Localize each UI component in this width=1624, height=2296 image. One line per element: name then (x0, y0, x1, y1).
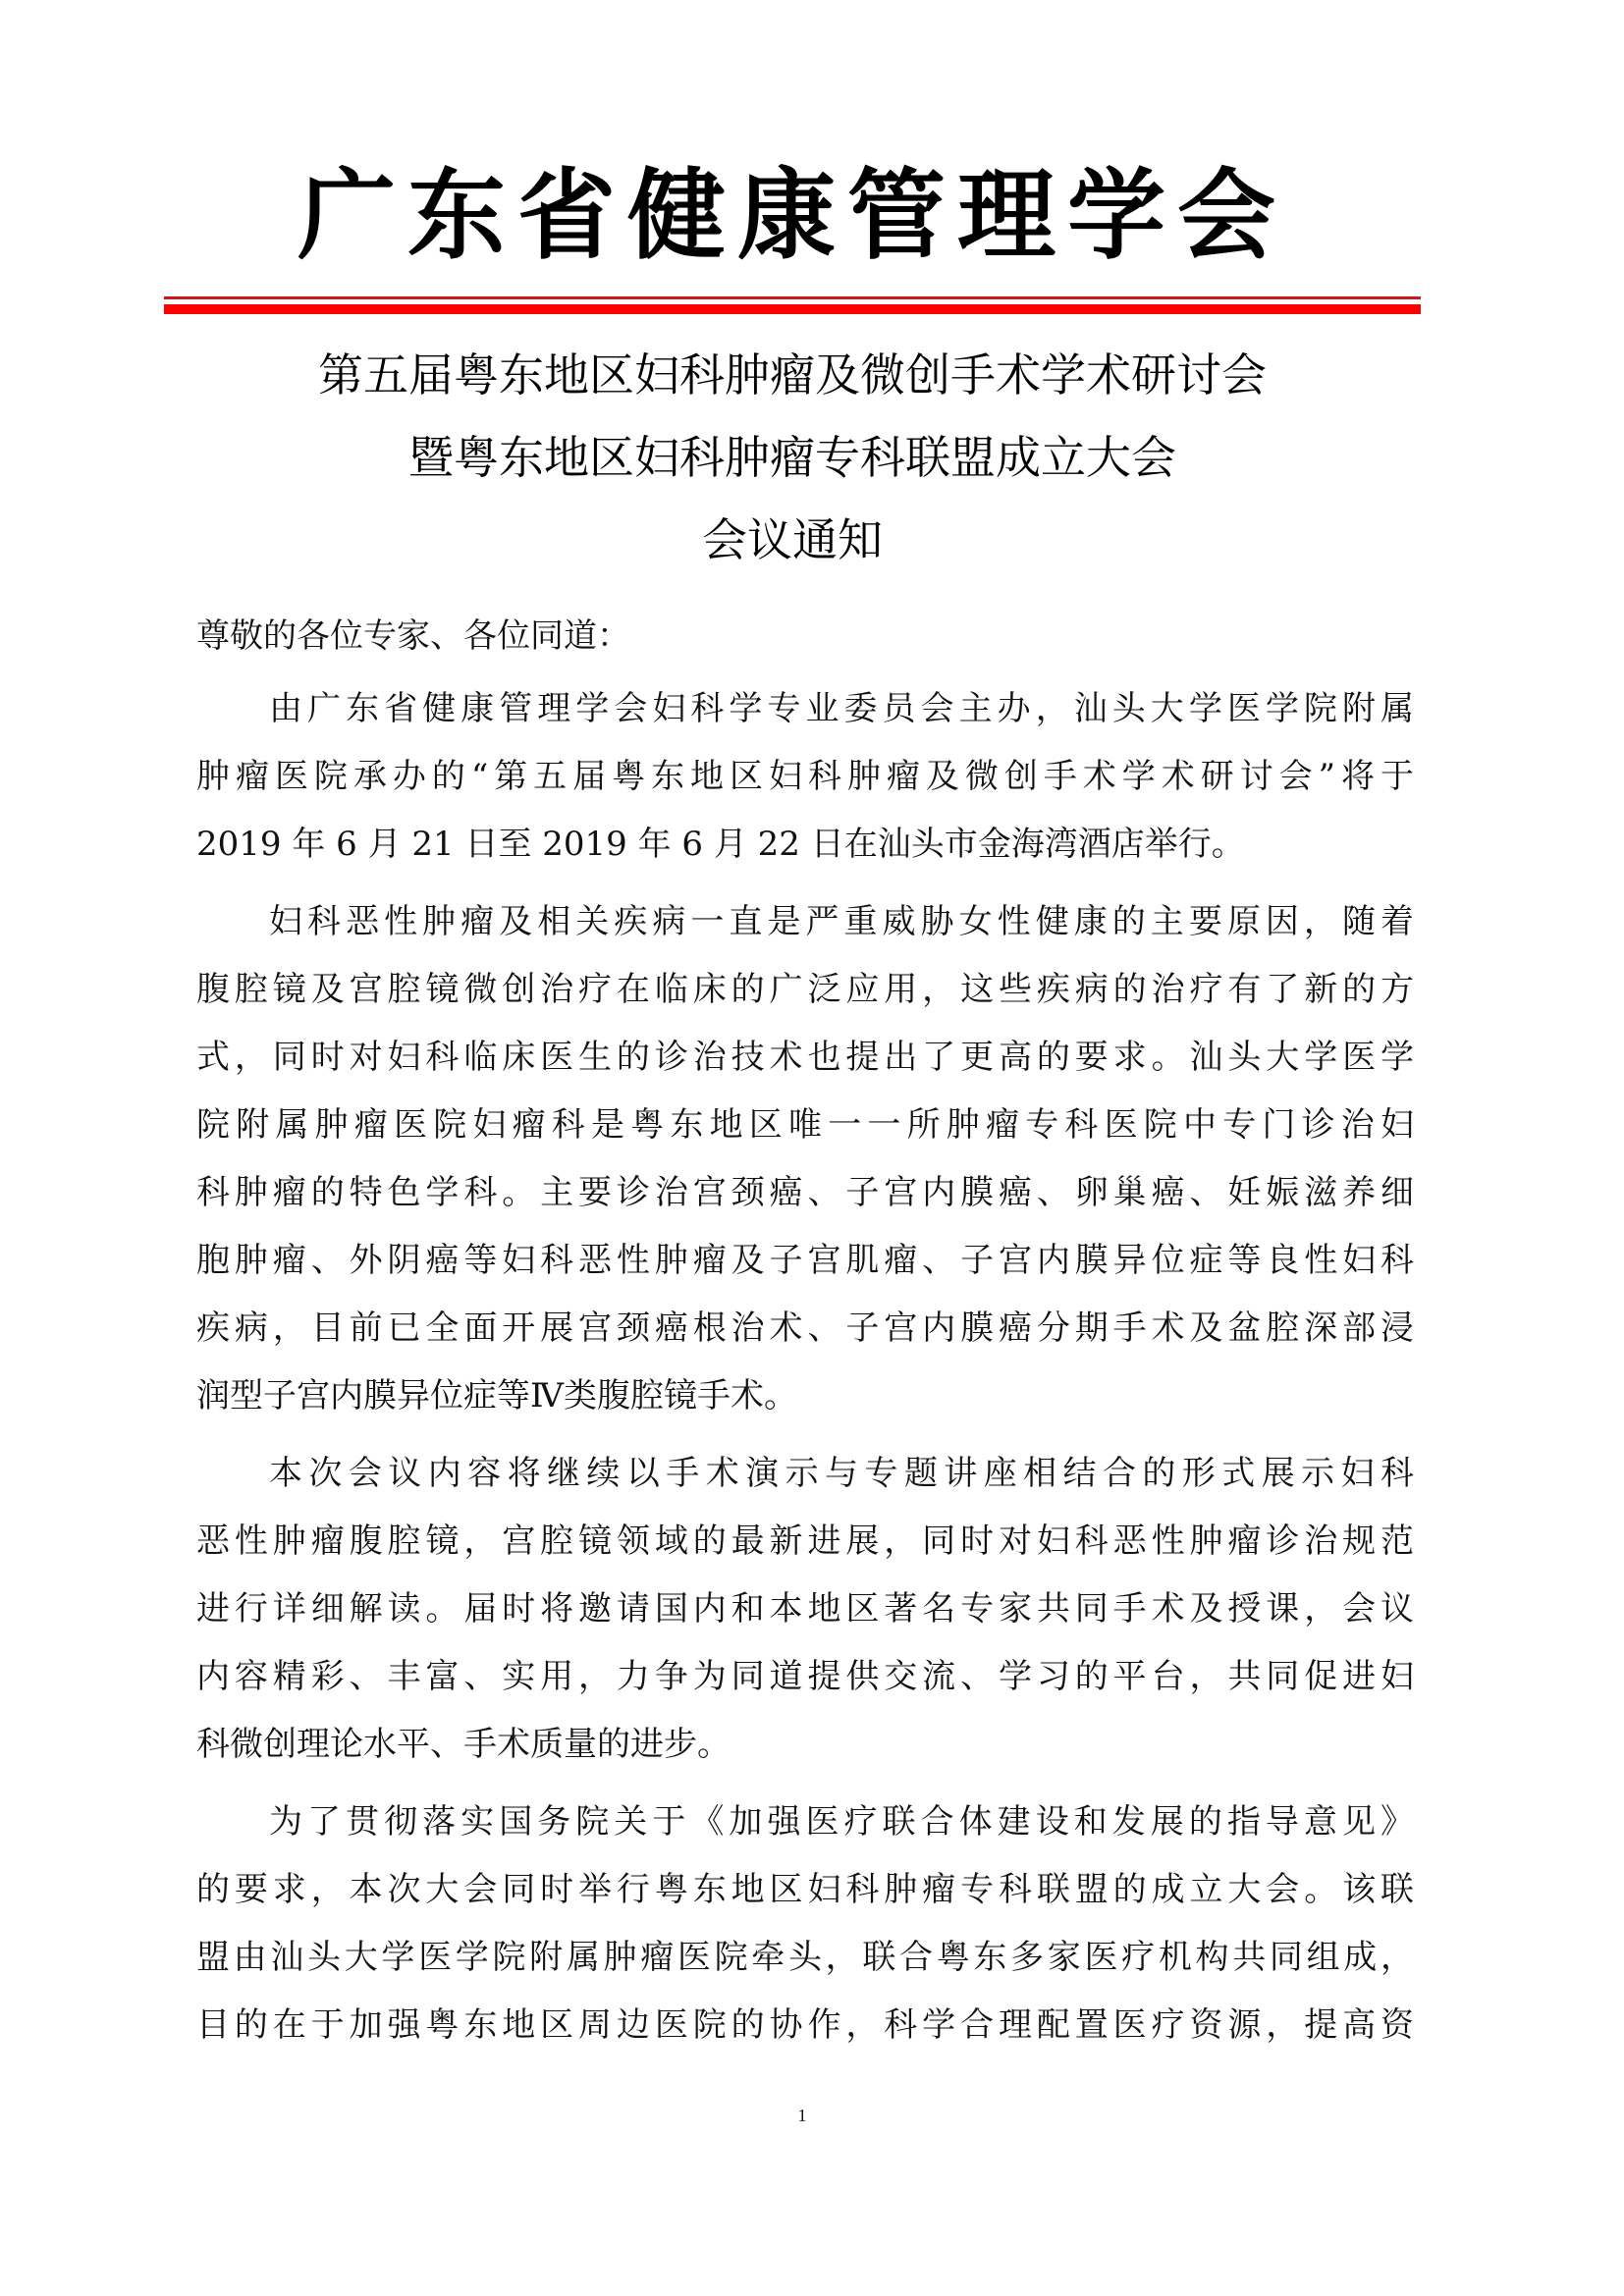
document-body: 尊敬的各位专家、各位同道： 由广东省健康管理学会妇科学专业委员会主办，汕头大学医… (196, 601, 1414, 2069)
paragraph-line: 内容精彩、丰富、实用，力争为同道提供交流、学习的平台，共同促进妇 (196, 1643, 1414, 1711)
paragraph-line: 式，同时对妇科临床医生的诊治技术也提出了更高的要求。汕头大学医学 (196, 1024, 1414, 1092)
paragraph-line: 疾病，目前已全面开展宫颈癌根治术、子宫内膜癌分期手术及盆腔深部浸 (196, 1295, 1414, 1362)
paragraph-line: 妇科恶性肿瘤及相关疾病一直是严重威胁女性健康的主要原因，随着 (196, 888, 1414, 956)
page-number: 1 (783, 2101, 822, 2130)
paragraph-line: 目的在于加强粤东地区周边医院的协作，科学合理配置医疗资源，提高资 (196, 1992, 1414, 2059)
organization-letterhead: 广东省健康管理学会 (164, 157, 1421, 275)
paragraph-line: 恶性肿瘤腹腔镜，宫腔镜领域的最新进展，同时对妇科恶性肿瘤诊治规范 (196, 1508, 1414, 1575)
paragraph-line: 肿瘤医院承办的“第五届粤东地区妇科肿瘤及微创手术学术研讨会”将于 (196, 743, 1414, 811)
salutation: 尊敬的各位专家、各位同道： (196, 601, 1414, 671)
paragraph-organizers: 由广东省健康管理学会妇科学专业委员会主办，汕头大学医学院附属 肿瘤医院承办的“第… (196, 675, 1414, 879)
title-line-3: 会议通知 (164, 499, 1421, 581)
paragraph-line: 进行详细解读。届时将邀请国内和本地区著名专家共同手术及授课，会议 (196, 1575, 1414, 1643)
paragraph-line: 的要求，本次大会同时举行粤东地区妇科肿瘤专科联盟的成立大会。该联 (196, 1856, 1414, 1924)
paragraph-background: 妇科恶性肿瘤及相关疾病一直是严重威胁女性健康的主要原因，随着 腹腔镜及宫腔镜微创… (196, 888, 1414, 1430)
paragraph-line: 为了贯彻落实国务院关于《加强医疗联合体建设和发展的指导意见》 (196, 1789, 1414, 1856)
paragraph-line: 科微创理论水平、手术质量的进步。 (196, 1711, 1414, 1779)
paragraph-line: 润型子宫内膜异位症等Ⅳ类腹腔镜手术。 (196, 1362, 1414, 1430)
document-title: 第五届粤东地区妇科肿瘤及微创手术学术研讨会 暨粤东地区妇科肿瘤专科联盟成立大会 … (164, 334, 1421, 581)
paragraph-content: 本次会议内容将继续以手术演示与专题讲座相结合的形式展示妇科 恶性肿瘤腹腔镜，宫腔… (196, 1440, 1414, 1779)
paragraph-line: 腹腔镜及宫腔镜微创治疗在临床的广泛应用，这些疾病的治疗有了新的方 (196, 956, 1414, 1024)
document-page: 广东省健康管理学会 第五届粤东地区妇科肿瘤及微创手术学术研讨会 暨粤东地区妇科肿… (0, 0, 1624, 2296)
title-line-1: 第五届粤东地区妇科肿瘤及微创手术学术研讨会 (164, 334, 1421, 416)
letterhead-rule-thick (164, 304, 1421, 314)
paragraph-line: 院附属肿瘤医院妇瘤科是粤东地区唯一一所肿瘤专科医院中专门诊治妇 (196, 1092, 1414, 1159)
paragraph-line: 盟由汕头大学医学院附属肿瘤医院牵头，联合粤东多家医疗机构共同组成， (196, 1924, 1414, 1992)
paragraph-alliance: 为了贯彻落实国务院关于《加强医疗联合体建设和发展的指导意见》 的要求，本次大会同… (196, 1789, 1414, 2059)
paragraph-line: 由广东省健康管理学会妇科学专业委员会主办，汕头大学医学院附属 (196, 675, 1414, 743)
paragraph-line: 2019 年 6 月 21 日至 2019 年 6 月 22 日在汕头市金海湾酒… (196, 811, 1414, 879)
title-line-2: 暨粤东地区妇科肿瘤专科联盟成立大会 (164, 416, 1421, 499)
paragraph-line: 科肿瘤的特色学科。主要诊治宫颈癌、子宫内膜癌、卵巢癌、妊娠滋养细 (196, 1159, 1414, 1227)
paragraph-line: 胞肿瘤、外阴癌等妇科恶性肿瘤及子宫肌瘤、子宫内膜异位症等良性妇科 (196, 1227, 1414, 1295)
letterhead-rule-thin (164, 296, 1421, 299)
paragraph-line: 本次会议内容将继续以手术演示与专题讲座相结合的形式展示妇科 (196, 1440, 1414, 1508)
